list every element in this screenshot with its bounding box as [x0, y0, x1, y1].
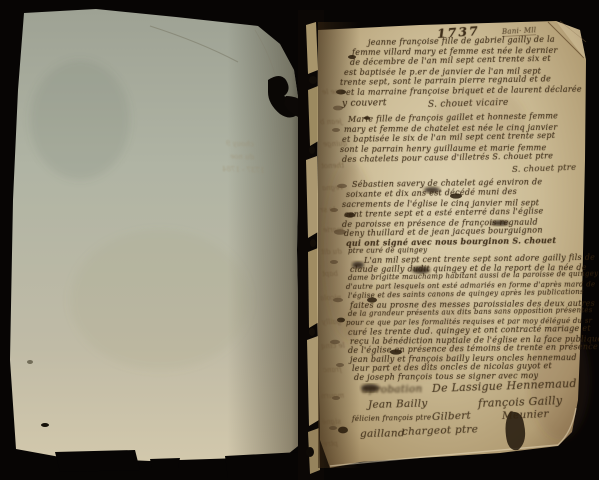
signature: gailland [360, 427, 405, 440]
left-page [10, 9, 306, 478]
manuscript-scan: chouy 9 du noe 1737 - 1784 1737 Bani· Ml… [0, 0, 599, 480]
bleedthrough-text: marie [323, 226, 344, 235]
bleedthrough-text: franc [323, 366, 342, 374]
showthrough-mark: chouy 9 [226, 140, 254, 149]
record-line: y couvert [342, 98, 387, 109]
bleedthrough-text: mourn [321, 392, 344, 401]
bleedthrough-text: le sr [320, 206, 336, 214]
signature: aprobation [362, 383, 423, 396]
bleedthrough-text: le cinq [321, 342, 345, 351]
showthrough-mark: du noe [230, 153, 254, 162]
bleedthrough-text: bapt [322, 270, 338, 278]
bleedthrough-text: du dit [321, 248, 342, 257]
bleedthrough-text: ptre [323, 440, 338, 448]
bleedthrough-text: nicola [320, 294, 341, 303]
priest-signature: S. chouet vicaire [428, 98, 509, 110]
signature: félicien françois ptre [352, 414, 431, 423]
bleedthrough-text: regna [322, 184, 343, 193]
bleedthrough-text: me le [322, 88, 342, 97]
signature: Jean Bailly [368, 397, 428, 411]
record-line: ptre curé de quingey [348, 246, 427, 255]
bleedthrough-text: quinge [323, 140, 348, 149]
bleedthrough-text: thenot [321, 162, 344, 171]
bleedthrough-text: gailly [322, 318, 342, 327]
bleedthrough-text: signé [322, 418, 341, 426]
showthrough-mark: 1737 - 1784 [222, 165, 265, 174]
signature: Gilbert [432, 410, 471, 423]
bleedthrough-text: jean b [320, 118, 342, 127]
signature: Meunier [502, 408, 549, 422]
